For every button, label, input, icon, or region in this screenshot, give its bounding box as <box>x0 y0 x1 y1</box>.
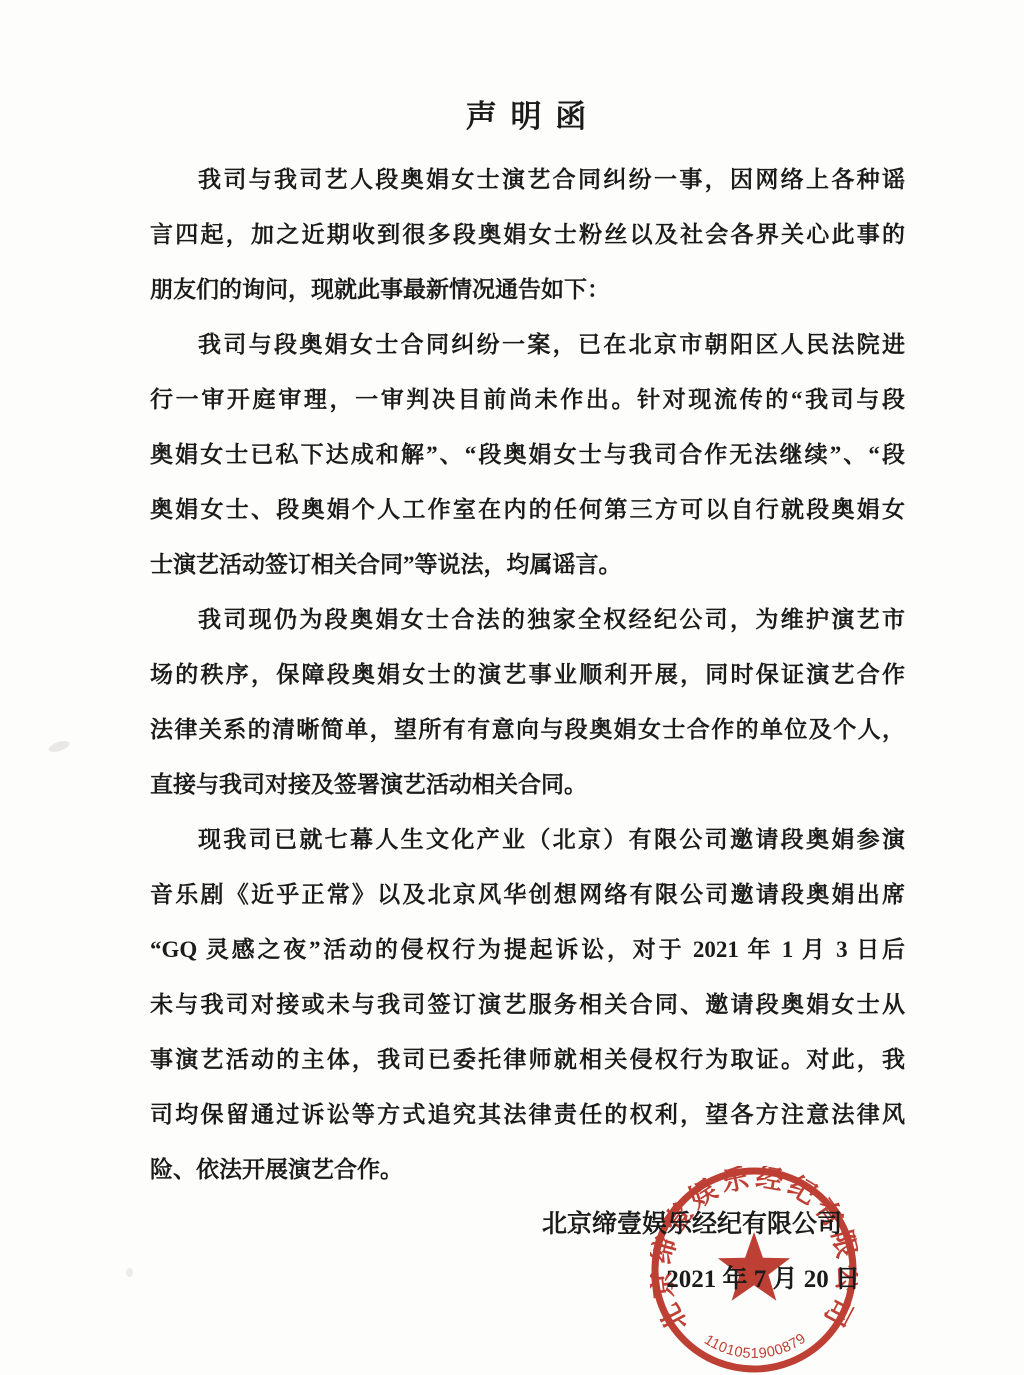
body-line: 法律关系的清晰简单，望所有有意向与段奥娟女士合作的单位及个人， <box>150 702 905 757</box>
body-line: 我司与我司艺人段奥娟女士演艺合同纠纷一事，因网络上各种谣 <box>150 152 905 207</box>
body-line: 音乐剧《近乎正常》以及北京风华创想网络有限公司邀请段奥娟出席 <box>150 867 905 922</box>
body-line: 我司与段奥娟女士合同纠纷一案，已在北京市朝阳区人民法院进 <box>150 317 905 372</box>
body-line: 司均保留通过诉讼等方式追究其法律责任的权利，望各方注意法律风 <box>150 1087 905 1142</box>
body-line: 行一审开庭审理，一审判决目前尚未作出。针对现流传的“我司与段 <box>150 372 905 427</box>
signature-company: 北京缔壹娱乐经纪有限公司 <box>150 1197 842 1252</box>
body-line: “GQ 灵感之夜”活动的侵权行为提起诉讼，对于 2021 年 1 月 3 日后 <box>150 922 905 977</box>
body-line: 奥娟女士已私下达成和解”、“段奥娟女士与我司合作无法继续”、“段 <box>150 427 905 482</box>
letter-content: 声 明 函 我司与我司艺人段奥娟女士演艺合同纠纷一事，因网络上各种谣 言四起，加… <box>0 0 1024 1375</box>
body-line: 奥娟女士、段奥娟个人工作室在内的任何第三方可以自行就段奥娟女 <box>150 482 905 537</box>
page-title: 声 明 函 <box>150 95 905 139</box>
body-line: 未与我司对接或未与我司签订演艺服务相关合同、邀请段奥娟女士从 <box>150 977 905 1032</box>
body-line: 我司现仍为段奥娟女士合法的独家全权经纪公司，为维护演艺市 <box>150 592 905 647</box>
body-line: 士演艺活动签订相关合同”等说法，均属谣言。 <box>150 537 905 592</box>
signature-date: 2021 年 7 月 20 日 <box>150 1252 860 1307</box>
statement-letter-page: 北京缔壹娱乐经纪有限公司 1101051900879 声 明 函 我司与我司艺人… <box>0 0 1024 1375</box>
body-line: 事演艺活动的主体，我司已委托律师就相关侵权行为取证。对此，我 <box>150 1032 905 1087</box>
body-line: 言四起，加之近期收到很多段奥娟女士粉丝以及社会各界关心此事的 <box>150 207 905 262</box>
body-line: 场的秩序，保障段奥娟女士的演艺事业顺利开展，同时保证演艺合作 <box>150 647 905 702</box>
body-line: 朋友们的询问，现就此事最新情况通告如下： <box>150 262 905 317</box>
body-line: 险、依法开展演艺合作。 <box>150 1142 905 1197</box>
body-line: 直接与我司对接及签署演艺活动相关合同。 <box>150 757 905 812</box>
letter-body: 我司与我司艺人段奥娟女士演艺合同纠纷一事，因网络上各种谣 言四起，加之近期收到很… <box>150 152 905 1197</box>
body-line: 现我司已就七幕人生文化产业（北京）有限公司邀请段奥娟参演 <box>150 812 905 867</box>
